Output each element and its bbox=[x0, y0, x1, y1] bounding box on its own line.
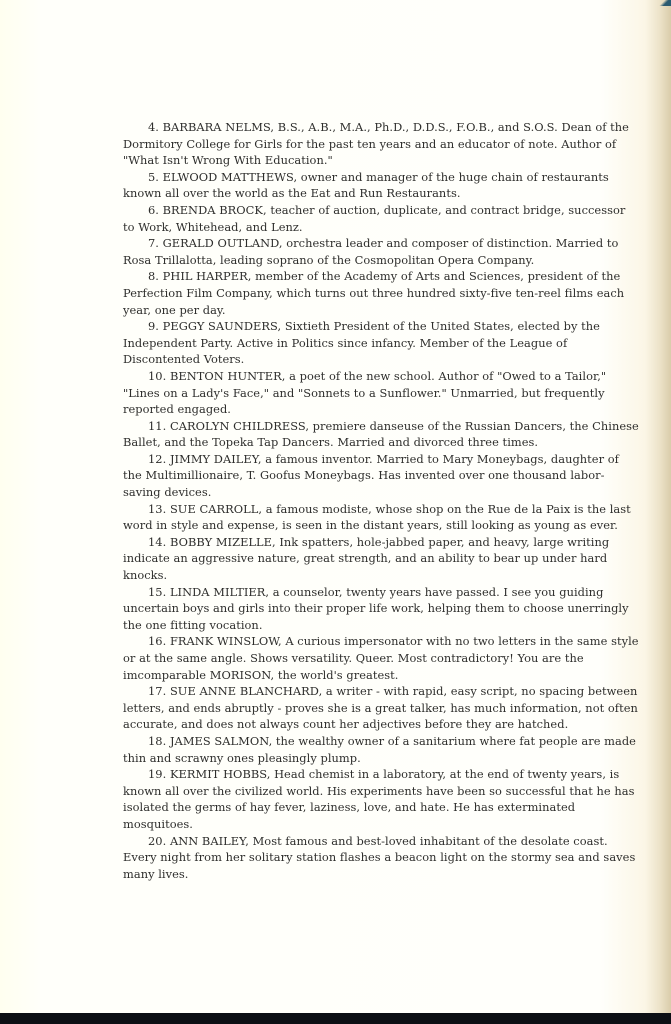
entry-number: 7. bbox=[148, 236, 159, 250]
entry-19: 19. KERMIT HOBBS, Head chemist in a labo… bbox=[123, 766, 640, 832]
entry-number: 20. bbox=[148, 834, 166, 848]
entry-number: 17. bbox=[148, 684, 166, 698]
entry-name: JAMES SALMON bbox=[170, 734, 269, 748]
entry-name: BARBARA NELMS bbox=[163, 120, 271, 134]
entry-number: 12. bbox=[148, 452, 166, 466]
page-corner bbox=[657, 0, 671, 6]
entry-4: 4. BARBARA NELMS, B.S., A.B., M.A., Ph.D… bbox=[123, 119, 640, 169]
entry-11: 11. CAROLYN CHILDRESS, premiere danseuse… bbox=[123, 418, 640, 451]
entry-7: 7. GERALD OUTLAND, orchestra leader and … bbox=[123, 235, 640, 268]
entry-number: 15. bbox=[148, 585, 166, 599]
entry-name: ELWOOD MATTHEWS bbox=[163, 170, 294, 184]
entry-number: 14. bbox=[148, 535, 166, 549]
entry-name: PHIL HARPER bbox=[163, 269, 248, 283]
entry-9: 9. PEGGY SAUNDERS, Sixtieth President of… bbox=[123, 318, 640, 368]
entry-number: 11. bbox=[148, 419, 166, 433]
entry-name: KERMIT HOBBS bbox=[170, 767, 267, 781]
entry-number: 16. bbox=[148, 634, 166, 648]
scanned-page: 4. BARBARA NELMS, B.S., A.B., M.A., Ph.D… bbox=[0, 0, 671, 1013]
entry-number: 4. bbox=[148, 120, 159, 134]
entries-list: 4. BARBARA NELMS, B.S., A.B., M.A., Ph.D… bbox=[123, 119, 640, 882]
entry-number: 9. bbox=[148, 319, 159, 333]
entry-name: CAROLYN CHILDRESS bbox=[170, 419, 305, 433]
entry-13: 13. SUE CARROLL, a famous modiste, whose… bbox=[123, 501, 640, 534]
scan-bottom-edge bbox=[0, 1013, 671, 1024]
entry-8: 8. PHIL HARPER, member of the Academy of… bbox=[123, 268, 640, 318]
entry-name: BRENDA BROCK bbox=[163, 203, 263, 217]
entry-15: 15. LINDA MILTIER, a counselor, twenty y… bbox=[123, 584, 640, 634]
entry-name: BOBBY MIZELLE bbox=[170, 535, 272, 549]
entry-number: 19. bbox=[148, 767, 166, 781]
entry-5: 5. ELWOOD MATTHEWS, owner and manager of… bbox=[123, 169, 640, 202]
entry-number: 8. bbox=[148, 269, 159, 283]
entry-number: 10. bbox=[148, 369, 166, 383]
entry-14: 14. BOBBY MIZELLE, Ink spatters, hole-ja… bbox=[123, 534, 640, 584]
entry-name: SUE CARROLL bbox=[170, 502, 258, 516]
entry-name: LINDA MILTIER bbox=[170, 585, 265, 599]
entry-number: 5. bbox=[148, 170, 159, 184]
entry-name: FRANK WINSLOW bbox=[170, 634, 278, 648]
entry-name: ANN BAILEY bbox=[170, 834, 245, 848]
entry-number: 6. bbox=[148, 203, 159, 217]
entry-6: 6. BRENDA BROCK, teacher of auction, dup… bbox=[123, 202, 640, 235]
entry-name: JIMMY DAILEY bbox=[170, 452, 258, 466]
entry-name: BENTON HUNTER bbox=[170, 369, 282, 383]
entry-name: GERALD OUTLAND bbox=[163, 236, 279, 250]
entry-number: 18. bbox=[148, 734, 166, 748]
entry-name: SUE ANNE BLANCHARD bbox=[170, 684, 319, 698]
entry-18: 18. JAMES SALMON, the wealthy owner of a… bbox=[123, 733, 640, 766]
entry-10: 10. BENTON HUNTER, a poet of the new sch… bbox=[123, 368, 640, 418]
entry-name: PEGGY SAUNDERS bbox=[163, 319, 278, 333]
entry-20: 20. ANN BAILEY, Most famous and best-lov… bbox=[123, 833, 640, 883]
entry-number: 13. bbox=[148, 502, 166, 516]
entry-12: 12. JIMMY DAILEY, a famous inventor. Mar… bbox=[123, 451, 640, 501]
entry-17: 17. SUE ANNE BLANCHARD, a writer - with … bbox=[123, 683, 640, 733]
entry-16: 16. FRANK WINSLOW, A curious impersonato… bbox=[123, 633, 640, 683]
